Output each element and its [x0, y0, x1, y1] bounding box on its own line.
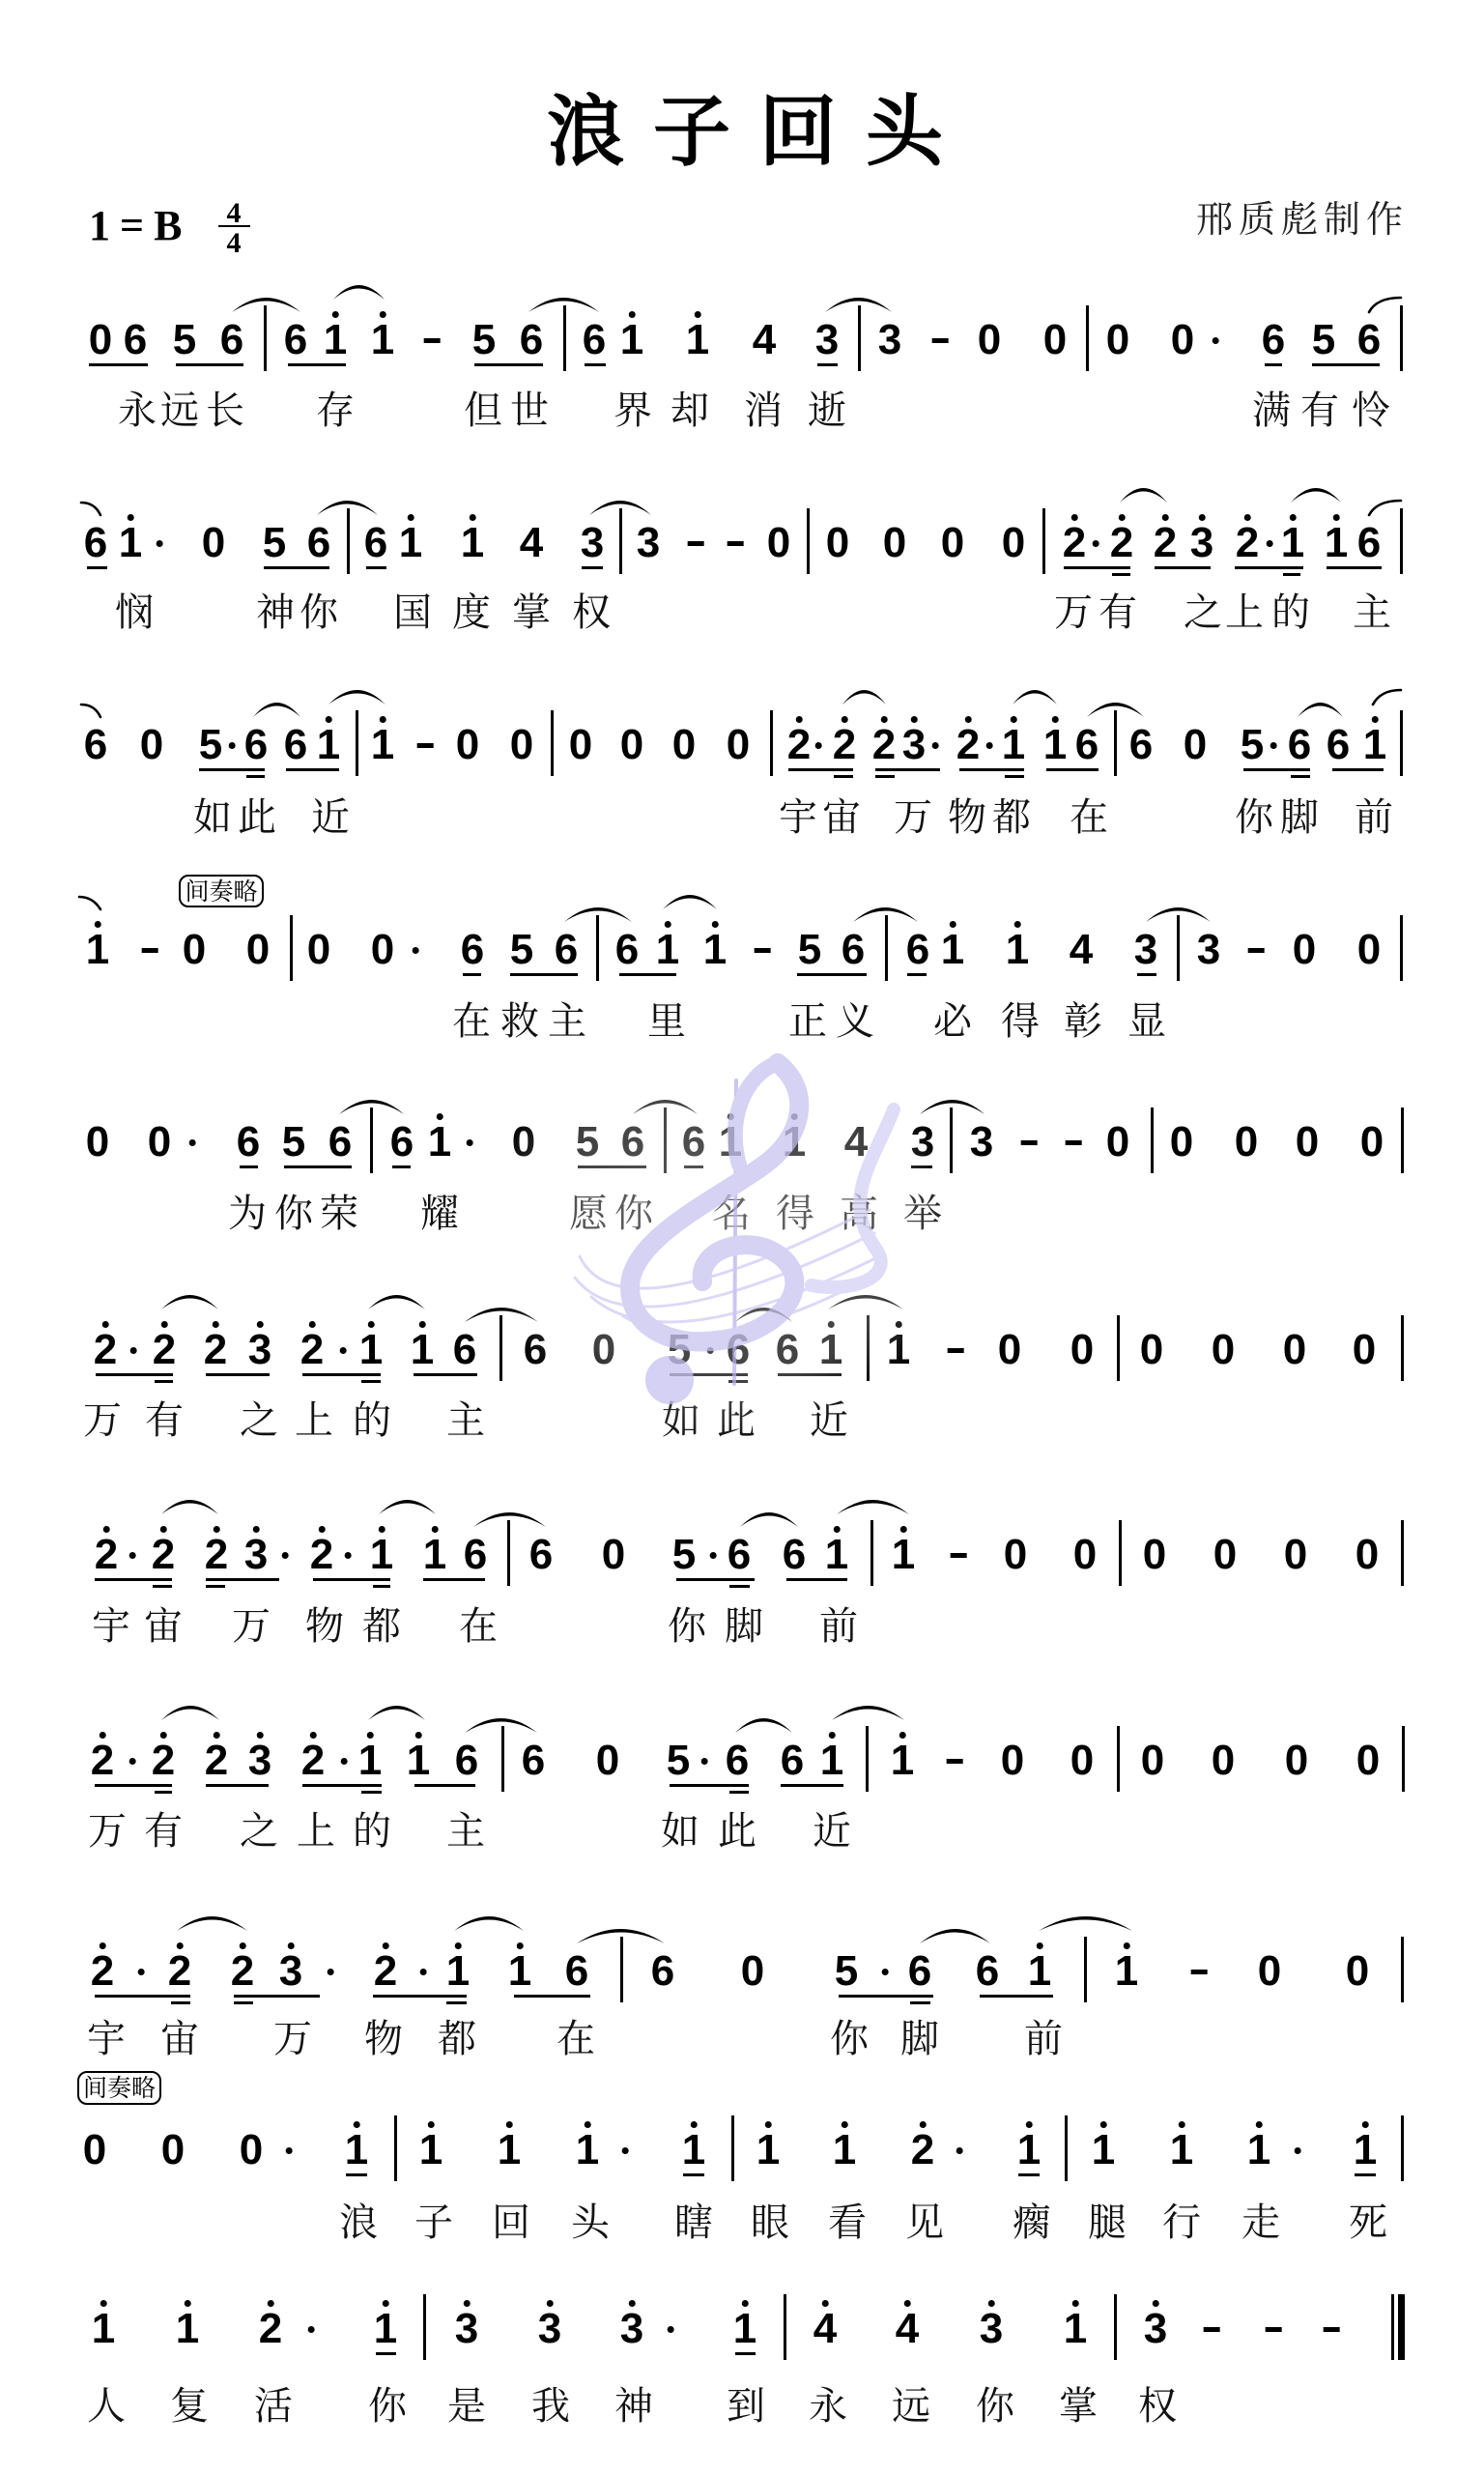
lyric-char: 你: [668, 1607, 706, 1646]
lyric-char: 你: [300, 593, 338, 632]
underline-beam: [346, 2173, 367, 2176]
note: 2: [204, 1329, 227, 1371]
slur: [328, 690, 385, 705]
augmentation-dot: ·: [463, 1121, 477, 1164]
slur: [920, 1929, 990, 1943]
note: 1: [446, 1950, 470, 1993]
lyric-char: 如: [661, 1812, 699, 1851]
underline-beam: [423, 1578, 485, 1581]
note: 1: [1281, 522, 1304, 564]
underline-beam: [959, 768, 1024, 771]
note: 6: [524, 1329, 547, 1371]
rest: 0: [1070, 1329, 1094, 1371]
note: 2: [310, 1534, 333, 1576]
augmentation-dot: ·: [324, 1950, 338, 1993]
underline-beam-double: [1291, 775, 1310, 778]
augmentation-dot: ·: [337, 1740, 352, 1782]
note: 1: [345, 2129, 368, 2172]
note: 5: [667, 1740, 690, 1782]
note: 1: [371, 724, 394, 766]
barline: [885, 915, 888, 981]
slur: [1013, 690, 1057, 705]
underline-beam: [788, 768, 853, 771]
slur: [837, 1500, 909, 1514]
lyric-char: 腿: [1088, 2203, 1127, 2242]
note: 1: [576, 2129, 599, 2172]
note: 6: [555, 929, 578, 971]
lyric-char: 此: [238, 798, 276, 837]
note: 1: [656, 929, 679, 971]
lyric-char: 世: [510, 391, 549, 430]
note: 6: [464, 1534, 487, 1576]
lyric-char: 消: [744, 391, 783, 430]
note: 6: [621, 1121, 644, 1164]
note: 5: [576, 1121, 599, 1164]
note: 3: [980, 2308, 1003, 2350]
note: 1: [892, 1534, 915, 1576]
barline: [370, 1108, 373, 1173]
note: 6: [842, 929, 865, 971]
underline-beam: [1327, 566, 1382, 569]
note: 2: [259, 2308, 282, 2350]
barline: [1402, 1726, 1405, 1792]
note: 1: [119, 522, 142, 564]
lyric-char: 在: [1070, 798, 1108, 837]
note: 6: [328, 1121, 352, 1164]
note: 6: [1262, 319, 1285, 361]
note: 6: [1327, 724, 1350, 766]
augmentation-dot: ·: [983, 724, 997, 766]
slur: [735, 1308, 792, 1322]
augmentation-dot: ·: [698, 1740, 712, 1782]
slur: [842, 690, 886, 705]
underline-beam: [89, 363, 148, 366]
rest: 0: [89, 319, 112, 361]
underline-beam: [1137, 973, 1156, 976]
slur: [663, 895, 717, 909]
rest: 0: [1001, 1740, 1024, 1782]
barline: [1401, 1108, 1404, 1173]
underline-beam: [619, 973, 676, 976]
lyric-char: 你: [274, 1194, 313, 1233]
underline-beam-double: [155, 1380, 173, 1383]
augmentation-dot: ·: [706, 1534, 721, 1576]
underline-beam-double: [910, 2001, 930, 2004]
barline: [290, 915, 293, 981]
lyric-char: 是: [447, 2387, 486, 2426]
lyric-char: 彰: [1064, 1002, 1102, 1041]
rest: 0: [1213, 1534, 1237, 1576]
underline-beam: [1243, 768, 1310, 771]
note: 6: [237, 1121, 260, 1164]
note: 1: [399, 522, 422, 564]
note: 1: [1002, 724, 1025, 766]
lyric-char: 如: [193, 798, 232, 837]
sustain-dash: -: [1192, 1950, 1207, 1993]
note: 5: [510, 929, 533, 971]
augmentation-dot: ·: [153, 522, 167, 564]
note: 3: [911, 1121, 934, 1164]
lyric-char: 回: [492, 2203, 530, 2242]
note: 2: [1236, 522, 1259, 564]
note: 1: [358, 1740, 382, 1782]
augmentation-dot: ·: [664, 2308, 678, 2350]
lyric-char: 眼: [751, 2203, 789, 2242]
note: 6: [908, 1950, 931, 1993]
note: 1: [833, 2129, 856, 2172]
rest: 0: [1002, 522, 1025, 564]
lyric-char: 看: [828, 2203, 867, 2242]
underline-beam: [582, 566, 603, 569]
note: 2: [91, 1950, 114, 1993]
augmentation-dot: ·: [703, 1329, 718, 1371]
note: 1: [419, 2129, 442, 2172]
lyric-char: 如: [662, 1401, 700, 1440]
lyric-char: 物: [948, 798, 986, 837]
slur: [161, 1295, 218, 1309]
note: 1: [1170, 2129, 1193, 2172]
note: 1: [86, 929, 109, 971]
note: 1: [1325, 522, 1348, 564]
sustain-dash: -: [418, 724, 433, 766]
note: 1: [820, 1740, 843, 1782]
rest: 0: [1106, 1121, 1129, 1164]
underline-beam: [839, 1995, 933, 1998]
note: 5: [263, 522, 286, 564]
barline: [1084, 1937, 1087, 2002]
rest: 0: [1171, 319, 1194, 361]
note: 2: [94, 1329, 117, 1371]
note: 6: [284, 319, 307, 361]
lyric-char: 满: [1252, 391, 1291, 430]
note: 4: [520, 522, 543, 564]
sustain-dash: -: [425, 319, 440, 361]
augmentation-dot: ·: [126, 1740, 140, 1782]
rest: 0: [161, 2129, 185, 2172]
lyric-char: 宙: [822, 798, 861, 837]
underline-beam: [414, 1373, 477, 1376]
rest: 0: [371, 929, 394, 971]
note: 2: [1154, 522, 1177, 564]
rest: 0: [592, 1329, 615, 1371]
note: 2: [91, 1740, 114, 1782]
underline-beam: [176, 363, 243, 366]
note: 5: [1312, 319, 1335, 361]
note: 2: [152, 1740, 175, 1782]
note: 1: [1247, 2129, 1270, 2172]
note: 2: [1110, 522, 1133, 564]
underline-beam: [1046, 768, 1099, 771]
note: 6: [1357, 319, 1381, 361]
underline-beam: [463, 973, 481, 976]
note: 6: [776, 1329, 799, 1371]
underline-beam-double: [373, 1585, 390, 1588]
underline-beam-double: [1112, 573, 1130, 576]
note: 2: [1063, 522, 1086, 564]
lyric-char: 此: [717, 1401, 756, 1440]
lyric-char: 举: [903, 1194, 942, 1233]
barline: [1151, 1108, 1154, 1173]
slur: [1120, 488, 1167, 503]
note: 6: [726, 1740, 749, 1782]
underline-beam: [683, 2173, 704, 2176]
note: 1: [719, 1121, 742, 1164]
lyric-char: 上: [297, 1812, 335, 1851]
note: 3: [538, 2308, 561, 2350]
barline: [1400, 710, 1403, 776]
lyric-char: 近: [311, 798, 350, 837]
underline-beam-double: [834, 775, 853, 778]
underline-beam: [240, 1165, 258, 1168]
augmentation-dot: ·: [928, 724, 943, 766]
lyric-char: 愿: [569, 1194, 608, 1233]
lyric-char: 复: [170, 2387, 209, 2426]
lyric-char: 之: [240, 1401, 278, 1440]
note: 3: [970, 1121, 993, 1164]
sustain-dash: -: [948, 1740, 962, 1782]
underline-beam: [376, 2352, 396, 2355]
rest: 0: [1346, 1950, 1369, 1993]
note: 2: [787, 724, 811, 766]
lyric-char: 主: [446, 1812, 485, 1851]
lyric-char: 脚: [1280, 798, 1319, 837]
note: 4: [1070, 929, 1093, 971]
sustain-dash: -: [756, 929, 770, 971]
lyric-char: 宇: [87, 2020, 126, 2058]
underline-beam: [1018, 2173, 1040, 2176]
rest: 0: [1258, 1950, 1281, 1993]
lyric-char: 活: [254, 2387, 293, 2426]
rest: 0: [183, 929, 206, 971]
note: 1: [508, 1950, 531, 1993]
lyric-char: 万: [894, 798, 932, 837]
lyric-char: 头: [571, 2203, 610, 2242]
note: 1: [1064, 2308, 1087, 2350]
underline-beam: [87, 566, 107, 569]
rest: 0: [1184, 724, 1207, 766]
treble-clef-icon: [0, 0, 1484, 2474]
underline-beam: [676, 1578, 755, 1581]
sustain-dash: -: [728, 522, 743, 564]
lyric-char: 主: [446, 1401, 485, 1440]
augmentation-dot: ·: [278, 1534, 293, 1576]
rest: 0: [1356, 1534, 1379, 1576]
underline-beam: [206, 1373, 270, 1376]
augmentation-dot: ·: [618, 2129, 633, 2172]
note: 4: [844, 1121, 868, 1164]
note: 6: [1075, 724, 1099, 766]
note: 2: [231, 1950, 254, 1993]
note: 6: [583, 319, 606, 361]
slur: [368, 1706, 425, 1720]
note: 1: [411, 1329, 434, 1371]
barline: [866, 1726, 869, 1792]
note: 3: [902, 724, 926, 766]
note: 6: [455, 1740, 478, 1782]
rest: 0: [1360, 1121, 1384, 1164]
note: 6: [390, 1121, 414, 1164]
note: 5: [472, 319, 496, 361]
note: 5: [835, 1950, 858, 1993]
note: 3: [815, 319, 839, 361]
augmentation-dot: ·: [185, 1121, 200, 1164]
underline-beam-double: [729, 1585, 750, 1588]
lyric-char: 得: [1001, 1002, 1040, 1041]
note: 6: [728, 1534, 751, 1576]
rest: 0: [1043, 319, 1067, 361]
underline-beam: [313, 1578, 390, 1581]
note: 1: [324, 319, 347, 361]
underline-beam-double: [361, 1791, 382, 1794]
note: 2: [168, 1950, 191, 1993]
underline-beam: [735, 2352, 756, 2355]
augmentation-dot: ·: [127, 1329, 141, 1371]
lyric-char: 宇: [92, 1607, 130, 1646]
lyric-char: 权: [572, 593, 611, 632]
barline: [870, 1520, 873, 1586]
slur: [161, 1500, 218, 1514]
rest: 0: [767, 522, 790, 564]
rest: 0: [1285, 1740, 1308, 1782]
note: 6: [727, 1329, 750, 1371]
barline: [1042, 508, 1045, 574]
lyric-char: 近: [813, 1812, 851, 1851]
note: 5: [173, 319, 196, 361]
lyric-char: 物: [305, 1607, 344, 1646]
tie-start: [1373, 690, 1401, 705]
lyric-char: 你: [976, 2387, 1014, 2426]
lyric-char: 主: [548, 1002, 586, 1041]
barline: [1401, 2115, 1404, 2181]
note: 1: [317, 724, 340, 766]
slur-layer: [0, 0, 1484, 2474]
underline-beam-double: [206, 1585, 225, 1588]
lyric-char: 瞎: [674, 2203, 713, 2242]
augmentation-dot: ·: [225, 724, 240, 766]
rest: 0: [602, 1534, 625, 1576]
underline-beam: [1265, 363, 1282, 366]
barline: [1177, 915, 1180, 981]
sustain-dash: -: [1067, 1121, 1081, 1164]
note: 2: [872, 724, 896, 766]
note: 1: [92, 2308, 115, 2350]
barline: [507, 1520, 510, 1586]
tie-start: [1369, 501, 1401, 515]
underline-beam: [95, 1784, 172, 1787]
lyric-char: 我: [531, 2387, 570, 2426]
note: 1: [887, 1329, 910, 1371]
interlude-omitted-label: 间奏略: [77, 2071, 161, 2105]
lyric-char: 此: [718, 1812, 756, 1851]
rest: 0: [1296, 1121, 1319, 1164]
note: 4: [896, 2308, 919, 2350]
barline: [1401, 1520, 1404, 1586]
rest: 0: [1212, 1740, 1235, 1782]
augmentation-dot: ·: [812, 724, 826, 766]
underline-beam: [302, 1373, 381, 1376]
underline-beam: [781, 1784, 843, 1787]
lyric-char: 走: [1241, 2203, 1280, 2242]
lyric-char: 存: [316, 391, 355, 430]
rest: 0: [510, 724, 533, 766]
note: 1: [941, 929, 964, 971]
key-signature: 1=B: [89, 205, 191, 247]
underline-beam: [1332, 768, 1384, 771]
slur: [253, 703, 300, 717]
note: 6: [565, 1950, 588, 1993]
lyric-char: 却: [671, 391, 709, 430]
note: 6: [781, 1740, 804, 1782]
lyric-char: 荣: [320, 1194, 358, 1233]
slur: [232, 298, 300, 312]
augmentation-dot: ·: [1267, 724, 1281, 766]
lyric-char: 万: [88, 1812, 127, 1851]
slur: [368, 1295, 425, 1309]
underline-beam: [875, 768, 940, 771]
note: 6: [783, 1534, 806, 1576]
augmentation-dot: ·: [126, 1534, 140, 1576]
augmentation-dot: ·: [304, 2308, 319, 2350]
lyric-char: 万: [273, 2020, 312, 2058]
sustain-dash: -: [1325, 2308, 1339, 2350]
barline: [356, 710, 358, 776]
lyric-char: 前: [1024, 2020, 1063, 2058]
note: 6: [976, 1950, 999, 1993]
sustain-dash: -: [1205, 2308, 1219, 2350]
lyric-char: 之: [240, 1812, 278, 1851]
note: 6: [1357, 522, 1381, 564]
rest: 0: [1284, 1534, 1307, 1576]
sustain-dash: -: [949, 1329, 963, 1371]
rest: 0: [1170, 1121, 1193, 1164]
lyric-char: 万: [1054, 593, 1093, 632]
lyric-char: 高: [840, 1194, 878, 1233]
note: 3: [581, 522, 604, 564]
lyric-char: 掌: [1059, 2387, 1098, 2426]
time-signature-top: 4: [227, 199, 242, 228]
note: 1: [498, 2129, 521, 2172]
rest: 0: [1073, 1534, 1097, 1576]
lyric-char: 都: [362, 1607, 401, 1646]
lyric-char: 怜: [1352, 391, 1390, 430]
note: 2: [152, 1534, 175, 1576]
lyric-char: 国: [393, 593, 432, 632]
note: 2: [95, 1534, 118, 1576]
note: 1: [370, 1534, 393, 1576]
note: 1: [423, 1534, 446, 1576]
underline-beam: [96, 1373, 173, 1376]
note: 1: [374, 2308, 397, 2350]
note: 3: [1190, 522, 1213, 564]
note: 2: [911, 2129, 934, 2172]
underline-beam: [684, 1165, 703, 1168]
underline-beam-double: [1005, 775, 1024, 778]
rest: 0: [1212, 1329, 1235, 1371]
underline-beam: [302, 1784, 382, 1787]
augmentation-dot: ·: [409, 929, 423, 971]
lyric-char: 上: [1225, 593, 1264, 632]
slur: [828, 1295, 903, 1309]
barline: [394, 2115, 397, 2181]
underline-beam: [284, 1165, 352, 1168]
lyric-char: 神: [256, 593, 295, 632]
final-barline-thin: [1391, 2294, 1394, 2360]
song-title: 浪子回头: [547, 93, 972, 170]
note: 1: [620, 319, 643, 361]
rest: 0: [1283, 1329, 1306, 1371]
underline-beam: [911, 1165, 932, 1168]
note: 1: [1043, 724, 1067, 766]
